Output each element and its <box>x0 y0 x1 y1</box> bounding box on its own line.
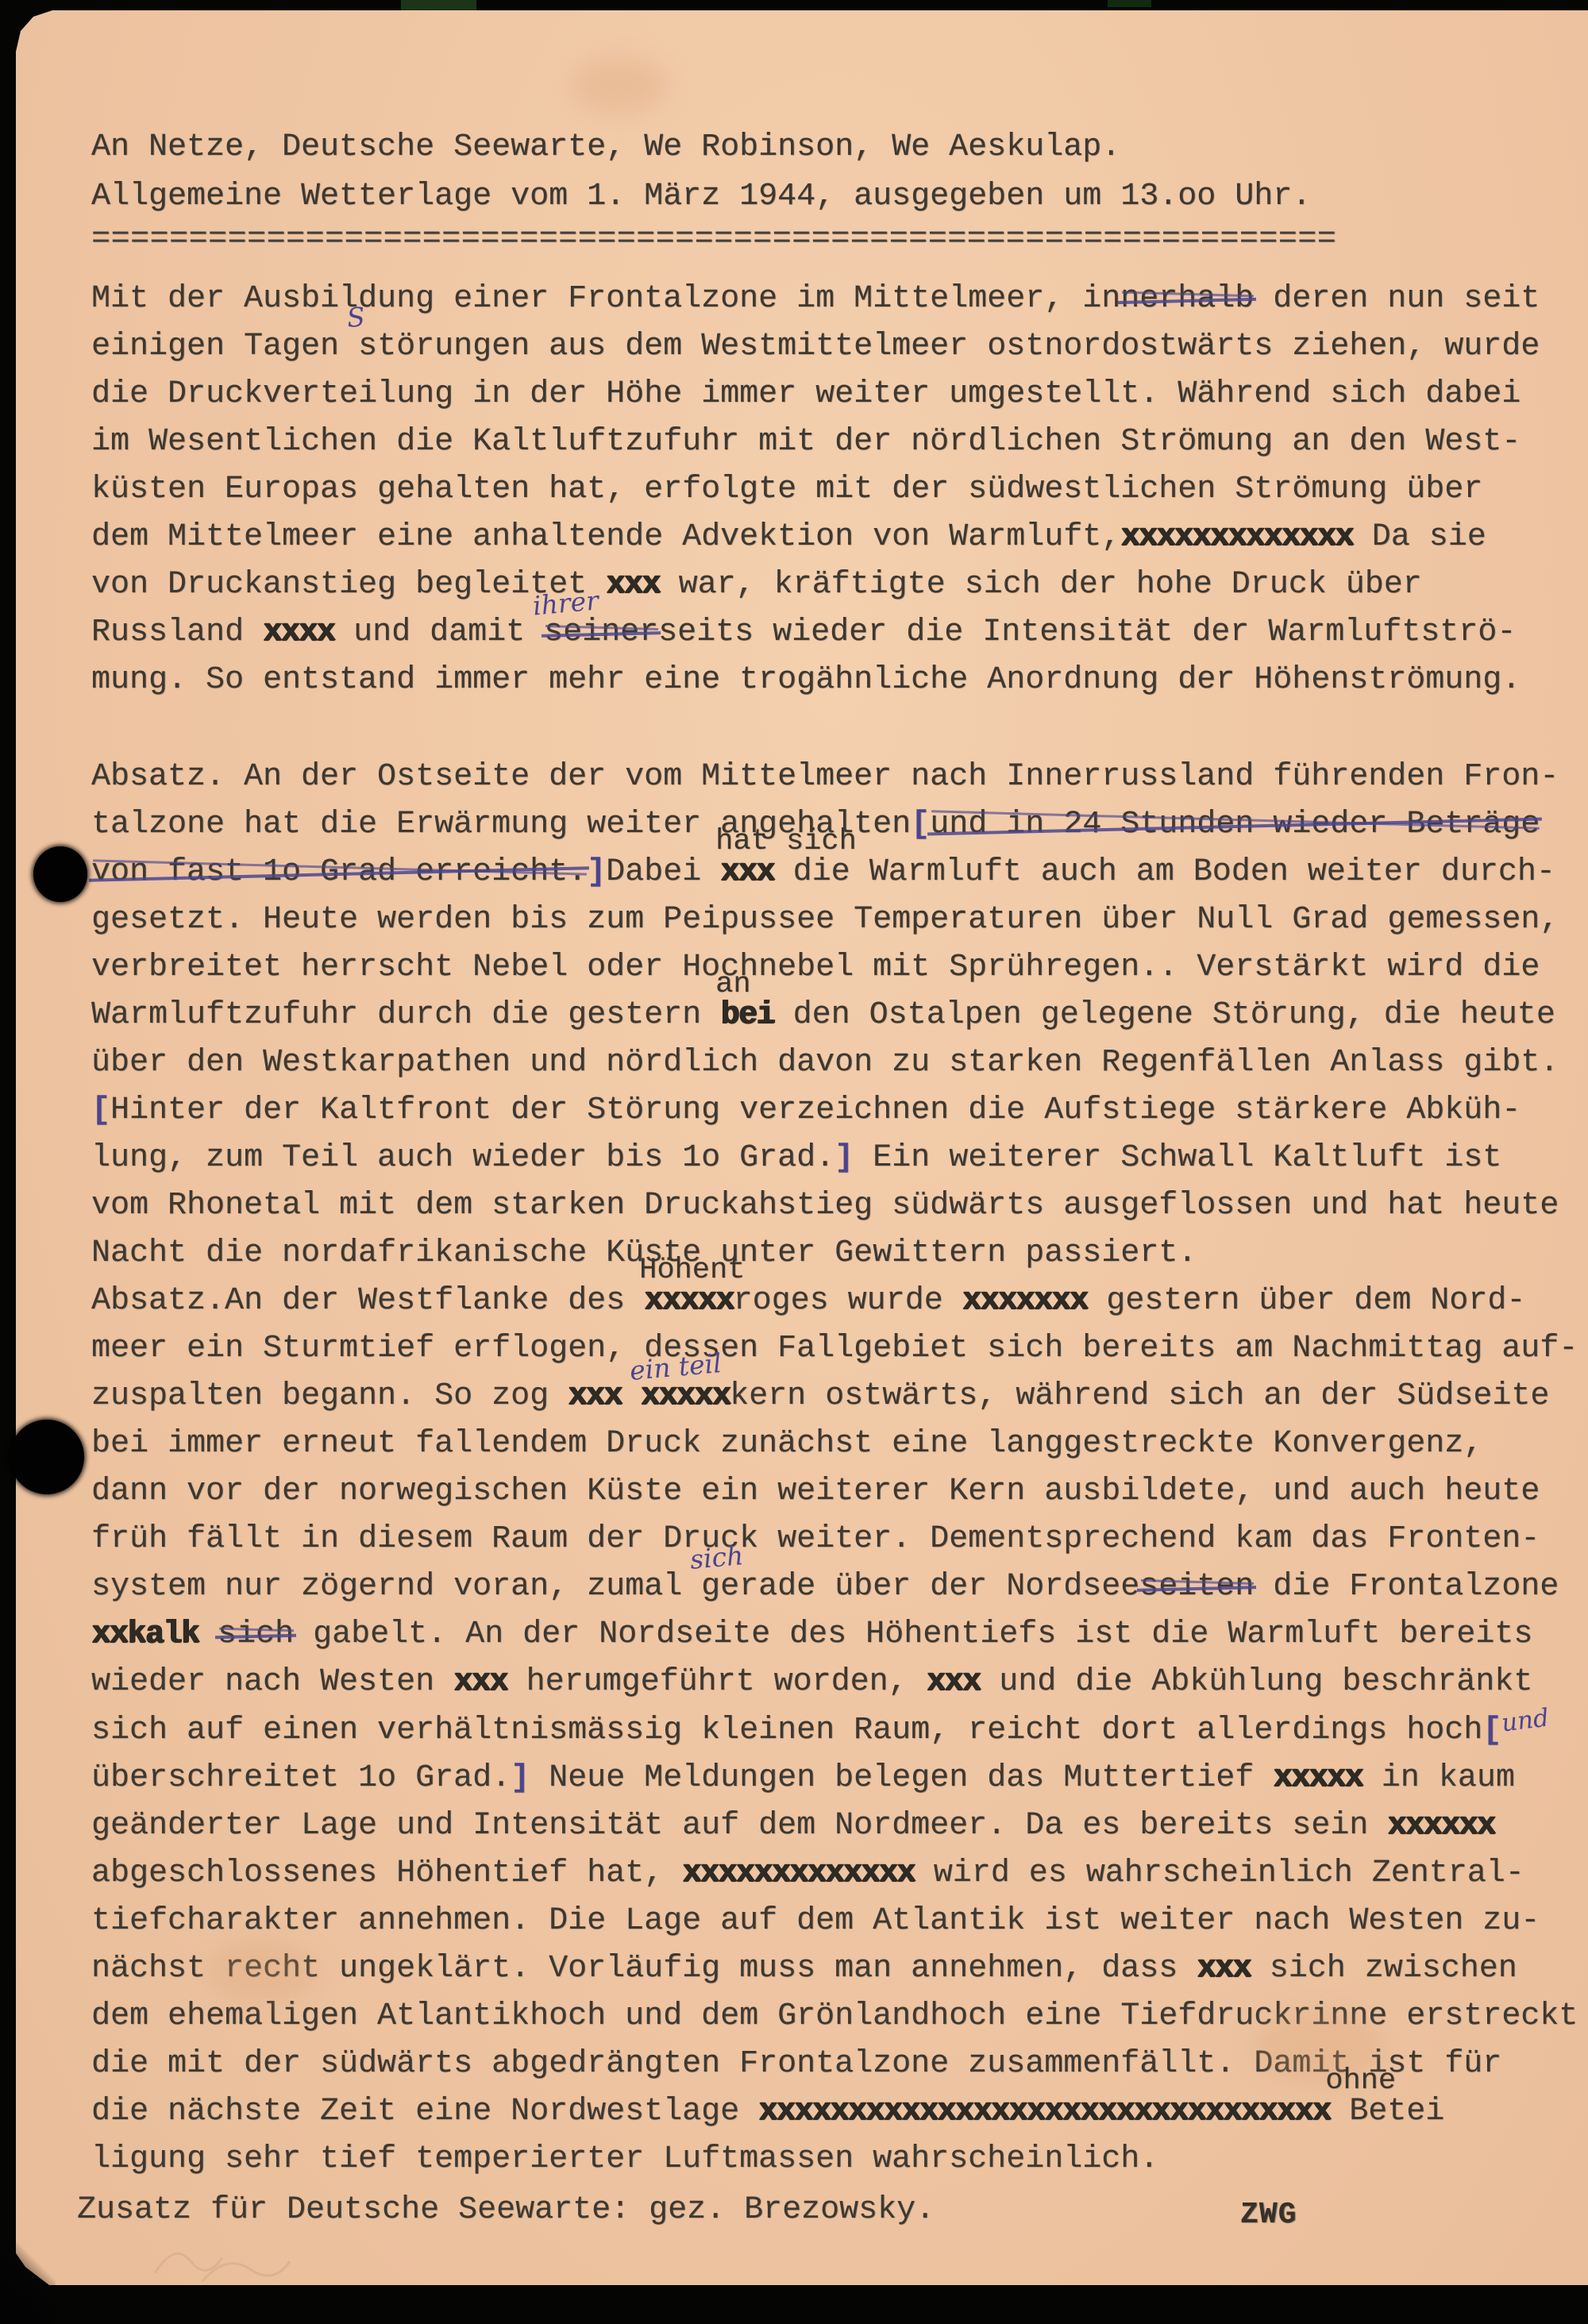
typed-text: Da sie <box>1353 519 1486 555</box>
ink-strikethrough: von fast 1o Grad erreicht. <box>91 849 587 896</box>
text-line: Warmluftzufuhr durch die gestern anbei d… <box>91 992 1588 1039</box>
typed-text: deren nun seit <box>1254 281 1540 317</box>
typed-text: herumgeführt worden, <box>507 1664 927 1700</box>
typed-text: dann vor der norwegischen Küste ein weit… <box>91 1474 1540 1509</box>
document-body: Mit der Ausbildung einer Frontalzone im … <box>16 258 1588 2234</box>
overtyped-strikeout: xxx <box>606 567 660 603</box>
ink-strikethrough: seiten <box>1139 1563 1254 1611</box>
typed-text: bei immer erneut fallendem Druck zunächs… <box>91 1426 1482 1462</box>
typed-text: von Druckanstieg begleitet <box>91 567 606 603</box>
typed-text: abgeschlossenes Höhentief hat, <box>91 1856 682 1891</box>
overtyped-strikeout: xxxxxxxxxxxxxxxxxxxxxxxxxxxxxxxx <box>758 2094 1330 2129</box>
typed-text: Absatz.An der Westflanke des <box>91 1283 644 1319</box>
background-artifact <box>1108 0 1151 7</box>
typed-text: roges wurde <box>734 1283 962 1319</box>
text-line: Absatz. An der Ostseite der vom Mittelme… <box>91 753 1588 801</box>
typed-text: Russland <box>91 615 263 650</box>
text-line: abgeschlossenes Höhentief hat, xxxxxxxxx… <box>91 1850 1588 1898</box>
overtyped-strikeout: xxx <box>453 1664 507 1700</box>
text-line: früh fällt in diesem Raum der Druck weit… <box>91 1516 1588 1563</box>
text-line: vom Rhonetal mit dem starken Druckahstie… <box>91 1182 1588 1230</box>
typed-text: in kaum <box>1363 1760 1515 1796</box>
typed-text: und damit <box>334 615 544 650</box>
overtyped-strikeout: xxxxxx <box>1387 1808 1494 1844</box>
text-line: von Druckanstieg begleitet xxx war, kräf… <box>91 561 1588 609</box>
typed-text: gerade über der Nordsee <box>701 1569 1139 1605</box>
text-line: überschreitet 1o Grad.] Neue Meldungen b… <box>91 1755 1588 1802</box>
typed-text: störungen aus dem Westmittelmeer ostnord… <box>358 329 1540 364</box>
typed-text: gesetzt. Heute werden bis zum Peipussee … <box>91 902 1559 938</box>
typed-text: verbreitet herrscht Nebel oder Hochnebel… <box>91 950 1540 985</box>
header-address-line: An Netze, Deutsche Seewarte, We Robinson… <box>91 123 1588 172</box>
text-line: geänderter Lage und Intensität auf dem N… <box>91 1802 1588 1850</box>
text-line: Russland xxxx und damit ihrerseinerseits… <box>91 609 1588 657</box>
paper-stain <box>572 58 667 114</box>
scanned-document-page: { "document": { "paper_color": "#efc6a4"… <box>0 0 1588 2324</box>
typed-text: mung. So entstand immer mehr eine trogäh… <box>91 662 1521 698</box>
punch-hole-lower <box>10 1420 84 1494</box>
typed-text: lung, zum Teil auch wieder bis 1o Grad. <box>91 1140 834 1176</box>
header-separator: ========================================… <box>91 222 1588 258</box>
text-line: dann vor der norwegischen Küste ein weit… <box>91 1468 1588 1516</box>
typed-text: früh fällt in diesem Raum der Druck weit… <box>91 1521 1540 1557</box>
typed-text: kern ostwärts, während sich an der Südse… <box>730 1378 1549 1414</box>
paper-stain <box>206 1940 318 2003</box>
overtyped-strikeout: xxxxxxxxxxxxx <box>682 1856 915 1891</box>
typed-text: überschreitet 1o Grad. <box>91 1760 511 1796</box>
typed-text: dem Mittelmeer eine anhaltende Advektion… <box>91 519 1120 555</box>
typed-text: seits wieder die Intensität der Warmluft… <box>658 615 1516 650</box>
paper-sheet: An Netze, Deutsche Seewarte, We Robinson… <box>16 10 1588 2285</box>
ink-strikethrough: seiner <box>544 609 658 657</box>
text-line: die nächste Zeit eine Nordwestlage xxxxx… <box>91 2088 1588 2136</box>
ink-bracket: ] <box>511 1760 530 1796</box>
text-line: [Hinter der Kaltfront der Störung verzei… <box>91 1087 1588 1135</box>
typed-text: küsten Europas gehalten hat, erfolgte mi… <box>91 472 1482 507</box>
typed-text: Warmluftzufuhr durch die gestern <box>91 997 720 1033</box>
text-line: sich auf einen verhältnismässig kleinen … <box>91 1706 1588 1755</box>
text-line: von fast 1o Grad erreicht.]Dabei hat sic… <box>91 849 1588 896</box>
typed-text: die Frontalzone <box>1254 1569 1559 1605</box>
typed-text: sich auf einen verhältnismässig kleinen … <box>91 1713 1482 1748</box>
document-header: An Netze, Deutsche Seewarte, We Robinson… <box>16 10 1588 258</box>
overtyped-strikeout: xxxx <box>263 615 334 650</box>
typed-text: Ein weiterer Schwall Kaltluft ist <box>854 1140 1501 1176</box>
text-line: dem Mittelmeer eine anhaltende Advektion… <box>91 514 1588 561</box>
typed-text: war, kräftigte sich der hohe Druck über <box>660 567 1422 603</box>
overtyped-strikeout: xxxxx <box>1273 1760 1363 1796</box>
typed-text: und die Abkühlung beschränkt <box>980 1664 1532 1700</box>
typed-text: sich zwischen <box>1251 1951 1517 1987</box>
handwritten-inline-note: und <box>1499 1694 1552 1748</box>
text-line: wieder nach Westen xxx herumgeführt word… <box>91 1659 1588 1706</box>
ink-strikethrough: nerhalb <box>1120 276 1254 323</box>
text-line: küsten Europas gehalten hat, erfolgte mi… <box>91 466 1588 514</box>
overtyped-strikeout: xxxxxxx <box>962 1283 1088 1319</box>
text-line: Nacht die nordafrikanische Küste unter G… <box>91 1230 1588 1278</box>
text-line: system nur zögernd voran, zumal sichgera… <box>91 1563 1588 1611</box>
text-line: gesetzt. Heute werden bis zum Peipussee … <box>91 896 1588 944</box>
typed-text: wieder nach Westen <box>91 1664 453 1700</box>
typed-text: ligung sehr tief temperierter Luftmassen… <box>91 2141 1158 2177</box>
ink-strikethrough: und in 24 Stunden wieder Beträge <box>930 801 1540 849</box>
typed-text: die Warmluft auch am Boden weiter durch- <box>774 854 1555 890</box>
typed-text: Dabei <box>606 854 720 890</box>
ink-bracket: [ <box>911 807 930 842</box>
text-line: tiefcharakter annehmen. Die Lage auf dem… <box>91 1898 1588 1945</box>
signature-text: Zusatz für Deutsche Seewarte: gez. Brezo… <box>77 2192 935 2228</box>
torn-corner-shadow <box>0 2213 56 2324</box>
typed-text <box>198 1617 218 1652</box>
paragraph: Absatz. An der Ostseite der vom Mittelme… <box>91 753 1588 1278</box>
punch-hole-upper <box>33 846 87 902</box>
typed-text: tiefcharakter annehmen. Die Lage auf dem… <box>91 1903 1540 1939</box>
text-line: im Wesentlichen die Kaltluftzufuhr mit d… <box>91 418 1588 466</box>
text-line: zuspalten begann. So zog xxx ein teilxxx… <box>91 1373 1588 1420</box>
typed-text: zuspalten begann. So zog <box>91 1378 568 1414</box>
typed-text: meer ein Sturmtief erflogen, dessen Fall… <box>91 1331 1578 1366</box>
text-line: xxkalk sich gabelt. An der Nordseite des… <box>91 1611 1588 1659</box>
typed-text: über den Westkarpathen und nördlich davo… <box>91 1045 1559 1081</box>
text-line: ligung sehr tief temperierter Luftmassen… <box>91 2136 1588 2183</box>
ink-bracket: [ <box>1482 1713 1501 1748</box>
text-line: bei immer erneut fallendem Druck zunächs… <box>91 1420 1588 1468</box>
text-line: Mit der Ausbildung einer Frontalzone im … <box>91 276 1588 323</box>
text-line: die Druckverteilung in der Höhe immer we… <box>91 371 1588 418</box>
overtyped-strikeout: xxkalk <box>91 1617 198 1652</box>
ink-strikethrough: sich <box>218 1611 294 1659</box>
typed-text: den Ostalpen gelegene Störung, die heute <box>774 997 1555 1033</box>
typed-text: Hinter der Kaltfront der Störung verzeic… <box>110 1093 1521 1128</box>
ink-bracket: ] <box>834 1140 854 1176</box>
typed-text: im Wesentlichen die Kaltluftzufuhr mit d… <box>91 424 1521 460</box>
typed-text: geänderter Lage und Intensität auf dem N… <box>91 1808 1387 1844</box>
typed-text: die Druckverteilung in der Höhe immer we… <box>91 376 1521 412</box>
typed-text: gestern über dem Nord- <box>1087 1283 1525 1319</box>
header-title-line: Allgemeine Wetterlage vom 1. März 1944, … <box>91 172 1588 222</box>
typed-text: Neue Meldungen belegen das Muttertief <box>530 1760 1273 1796</box>
typed-text: Absatz. An der Ostseite der vom Mittelme… <box>91 759 1559 795</box>
text-line: meer ein Sturmtief erflogen, dessen Fall… <box>91 1325 1588 1373</box>
text-line: über den Westkarpathen und nördlich davo… <box>91 1039 1588 1087</box>
typed-text: gabelt. An der Nordseite des Höhentiefs … <box>294 1617 1532 1652</box>
overtyped-strikeout: xxx <box>1197 1951 1251 1987</box>
overtyped-strikeout: xxxxxxxxxxxxx <box>1120 519 1353 555</box>
paragraph: Mit der Ausbildung einer Frontalzone im … <box>91 276 1588 704</box>
typed-text: einigen Tagen <box>91 329 358 364</box>
typed-text: wird es wahrscheinlich Zentral- <box>915 1856 1524 1891</box>
typed-text: vom Rhonetal mit dem starken Druckahstie… <box>91 1188 1559 1224</box>
text-line: einigen Tagen Sstörungen aus dem Westmit… <box>91 323 1588 371</box>
typed-text: system nur zögernd voran, zumal <box>91 1569 701 1605</box>
text-line: verbreitet herrscht Nebel oder Hochnebel… <box>91 944 1588 992</box>
text-line: lung, zum Teil auch wieder bis 1o Grad.]… <box>91 1135 1588 1182</box>
ink-bracket: [ <box>91 1093 110 1128</box>
ink-bracket: ] <box>587 854 606 890</box>
zwg-stamp: ZWG <box>1240 2191 1297 2239</box>
overtyped-strikeout: xxx <box>927 1664 981 1700</box>
text-line: mung. So entstand immer mehr eine trogäh… <box>91 657 1588 704</box>
text-line: Absatz.An der Westflanke des Höhentxxxxx… <box>91 1278 1588 1325</box>
typed-text: Mit der Ausbildung einer Frontalzone im … <box>91 281 1120 317</box>
overtyped-strikeout: xxx <box>568 1378 622 1414</box>
typed-text: die nächste Zeit eine Nordwestlage <box>91 2094 758 2129</box>
